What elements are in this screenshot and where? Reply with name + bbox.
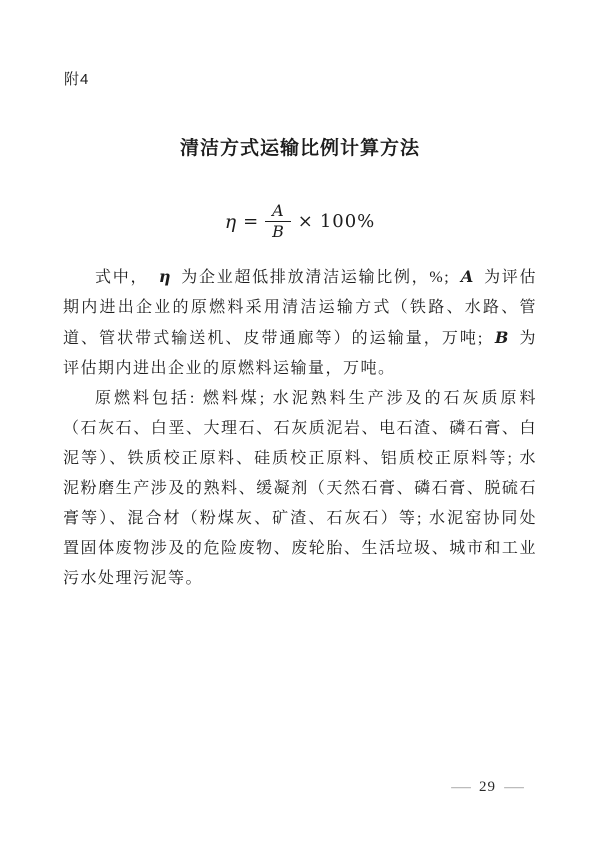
formula-eta: η [225, 211, 236, 233]
page-number: 29 [479, 779, 496, 796]
document-page: 附4 清洁方式运输比例计算方法 η = A B × 100% 式中， η 为企业… [0, 0, 600, 848]
formula-percentage-value: 100% [320, 211, 375, 232]
para1-var-eta: η [159, 267, 171, 286]
para1-var-a: A [461, 267, 473, 286]
para1-var-b: B [495, 328, 509, 347]
para1-text-2: 为企业超低排放清洁运输比例，%; [181, 269, 450, 286]
paragraph-raw-materials: 原燃料包括: 燃料煤; 水泥熟料生产涉及的石灰质原料（石灰石、白垩、大理石、石灰… [63, 384, 537, 594]
page-footer: — 29 — [454, 779, 521, 796]
formula-denominator: B [272, 222, 284, 241]
appendix-label: 附4 [64, 68, 89, 89]
footer-dash-left: — [451, 780, 471, 796]
page-title: 清洁方式运输比例计算方法 [0, 133, 600, 160]
body-text: 式中， η 为企业超低排放清洁运输比例，%; A 为评估期内进出企业的原燃料采用… [63, 262, 537, 594]
formula-fraction: A B [265, 202, 291, 242]
formula-numerator: A [265, 202, 291, 222]
formula-equals: = [243, 211, 258, 232]
formula-times-sign: × [298, 211, 313, 232]
para1-text-1: 式中， [95, 269, 148, 286]
formula: η = A B × 100% [0, 202, 600, 242]
footer-dash-right: — [504, 780, 524, 796]
paragraph-variable-definitions: 式中， η 为企业超低排放清洁运输比例，%; A 为评估期内进出企业的原燃料采用… [63, 262, 537, 384]
